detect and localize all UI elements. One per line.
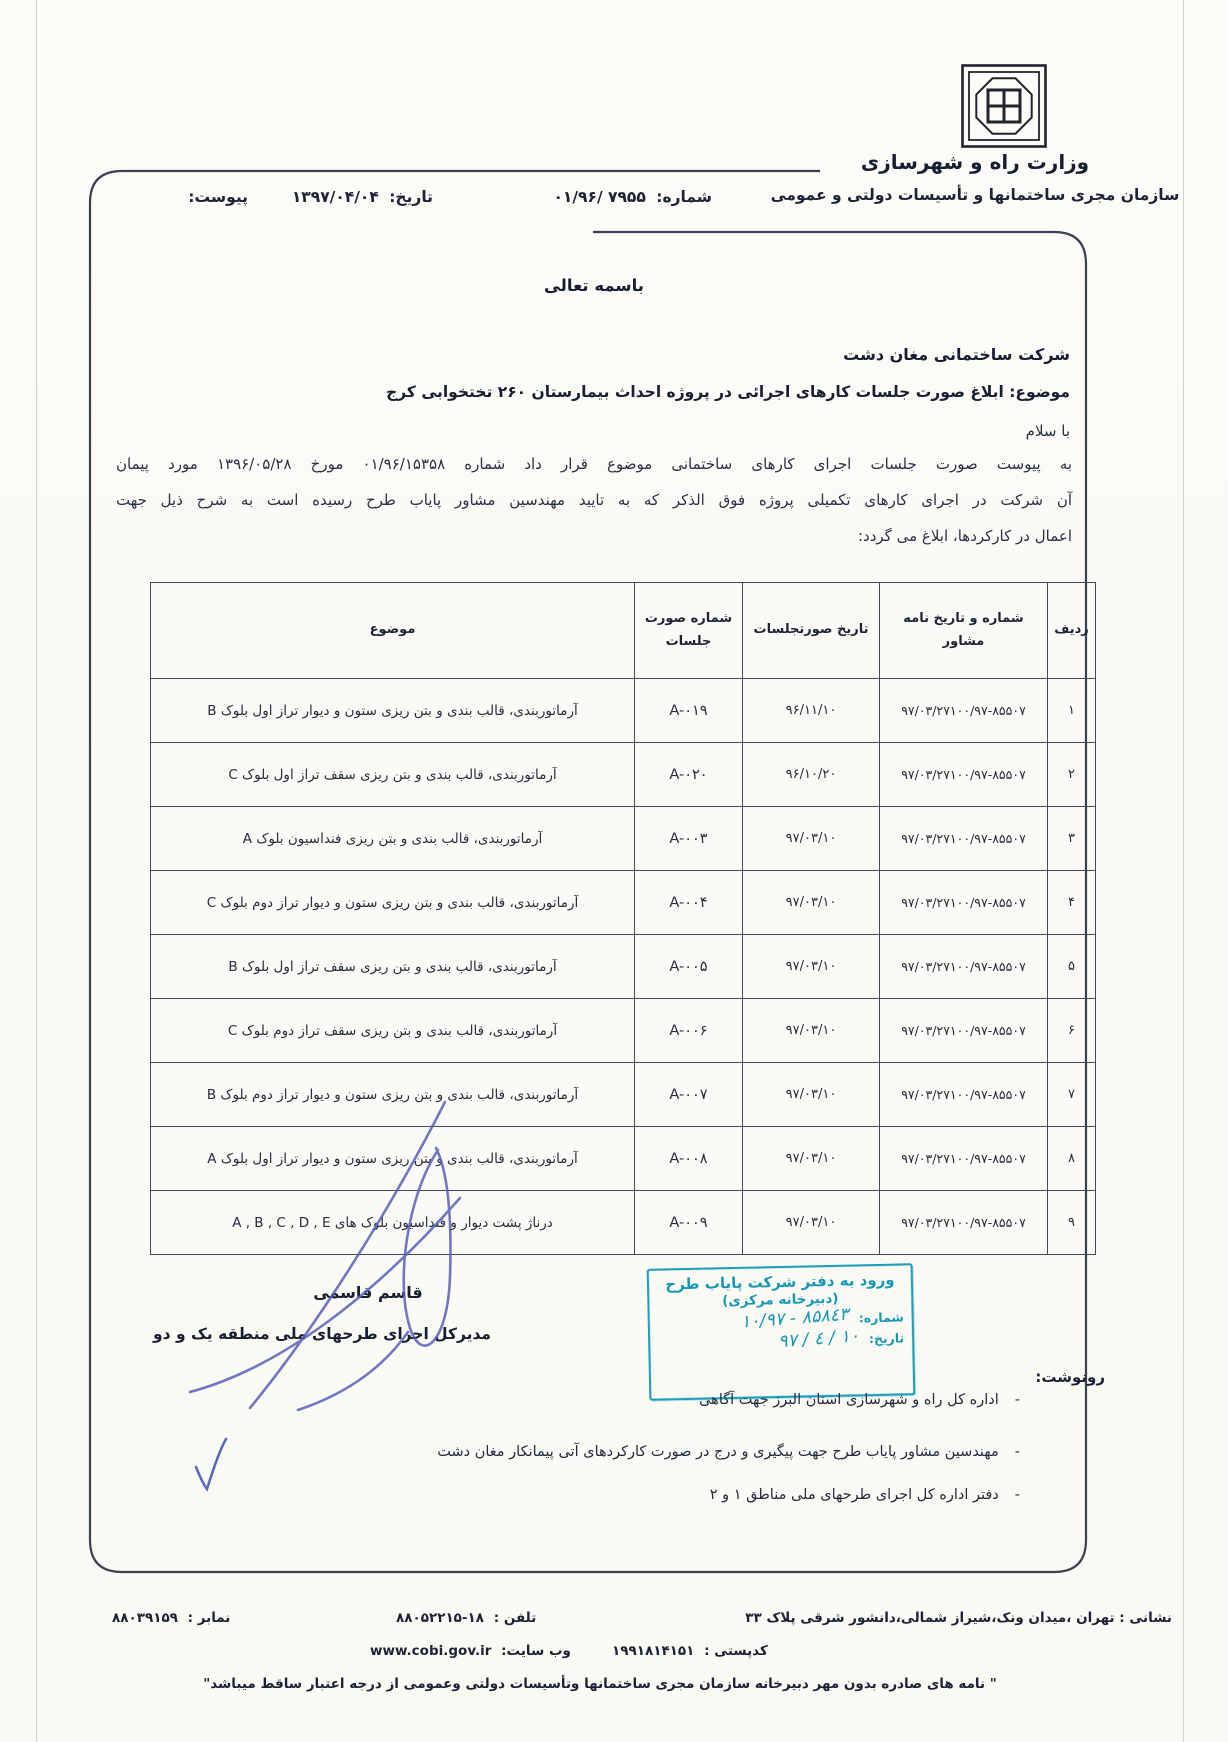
subject-cell: آرماتوربندی، قالب بندی و بتن ریزی سقف تر… (151, 935, 635, 999)
cc-bullet: - (1015, 1444, 1020, 1460)
footer-postal-code: کدپستی : ۱۹۹۱۸۱۴۱۵۱ (612, 1643, 768, 1659)
minutes-date-cell: ۹۶/۱۰/۲۰ (743, 743, 880, 807)
minutes-number-cell: A-۰۰۸ (635, 1127, 743, 1191)
table-row: ۳ ۱۰۰/۹۷-۸۵۵۰۷۹۷/۰۳/۲۷ ۹۷/۰۳/۱۰ A-۰۰۳ آر… (151, 807, 1096, 871)
table-row: ۶ ۱۰۰/۹۷-۸۵۵۰۷۹۷/۰۳/۲۷ ۹۷/۰۳/۱۰ A-۰۰۶ آر… (151, 999, 1096, 1063)
minutes-number-cell: A-۰۰۹ (635, 1191, 743, 1255)
col-header-row-number: ردیف (1048, 583, 1096, 679)
footer-fax: نمابر : ۸۸۰۳۹۱۵۹ (112, 1610, 230, 1626)
ministry-name: وزارت راه و شهرسازی (775, 150, 1175, 174)
col-header-subject: موضوع (151, 583, 635, 679)
table-row: ۵ ۱۰۰/۹۷-۸۵۵۰۷۹۷/۰۳/۲۷ ۹۷/۰۳/۱۰ A-۰۰۵ آر… (151, 935, 1096, 999)
minutes-date-cell: ۹۷/۰۳/۱۰ (743, 1063, 880, 1127)
footer-website-label: وب سایت: (501, 1643, 571, 1659)
cc-item: -اداره کل راه و شهرسازی استان البرز جهت … (118, 1392, 1020, 1408)
footer-website-value: www.cobi.gov.ir (370, 1643, 491, 1659)
minutes-number-cell: A-۰۱۹ (635, 679, 743, 743)
basmala-heading: باسمه تعالی (118, 276, 1070, 295)
letter-attachment-label: پیوست: (188, 188, 248, 206)
minutes-date-cell: ۹۷/۰۳/۱۰ (743, 807, 880, 871)
footer-address: نشانی : تهران ،میدان ونک،شیراز شمالی،دان… (745, 1610, 1172, 1626)
consultant-letter-cell: ۱۰۰/۹۷-۸۵۵۰۷۹۷/۰۳/۲۷ (880, 743, 1048, 807)
row-number-cell: ۵ (1048, 935, 1096, 999)
cc-item: -دفتر اداره کل اجرای طرحهای ملی مناطق ۱ … (118, 1487, 1020, 1503)
recipient-line: شرکت ساختمانی مغان دشت (118, 345, 1070, 364)
minutes-date-cell: ۹۷/۰۳/۱۰ (743, 999, 880, 1063)
ministry-emblem-icon (961, 64, 1047, 148)
letter-date-label: تاریخ: (389, 188, 433, 206)
body-line-1: به پیوست صورت جلسات اجرای کارهای ساختمان… (116, 455, 1102, 473)
minutes-date-cell: ۹۶/۱۱/۱۰ (743, 679, 880, 743)
salutation-line: با سلام (118, 422, 1070, 440)
table-header-row: ردیف شماره و تاریخ نامه مشاور تاریخ صورت… (151, 583, 1096, 679)
received-stamp: ورود به دفتر شرکت پایاب طرح (دبیرخانه مر… (647, 1263, 916, 1401)
consultant-letter-cell: ۱۰۰/۹۷-۸۵۵۰۷۹۷/۰۳/۲۷ (880, 1191, 1048, 1255)
table-row: ۲ ۱۰۰/۹۷-۸۵۵۰۷۹۷/۰۳/۲۷ ۹۶/۱۰/۲۰ A-۰۲۰ آر… (151, 743, 1096, 807)
letter-number-value: ۰۱/۹۶/ ۷۹۵۵ (553, 188, 645, 206)
minutes-number-cell: A-۰۰۴ (635, 871, 743, 935)
subject-cell: آرماتوربندی، قالب بندی و بتن ریزی ستون و… (151, 679, 635, 743)
subject-cell: آرماتوربندی، قالب بندی و بتن ریزی سقف تر… (151, 999, 635, 1063)
footer-phone-value: ۸۸۰۵۲۲۱۵-۱۸ (396, 1610, 484, 1626)
minutes-number-cell: A-۰۰۳ (635, 807, 743, 871)
minutes-date-cell: ۹۷/۰۳/۱۰ (743, 871, 880, 935)
footer-disclaimer: " نامه های صادره بدون مهر دبیرخانه سازما… (40, 1676, 1160, 1692)
footer-postal-value: ۱۹۹۱۸۱۴۱۵۱ (612, 1643, 694, 1659)
col-header-minutes-number: شماره صورت جلسات (635, 583, 743, 679)
footer-phone-label: تلفن : (494, 1610, 537, 1626)
cc-bullet: - (1015, 1487, 1020, 1503)
row-number-cell: ۶ (1048, 999, 1096, 1063)
col-header-minutes-date: تاریخ صورتجلسات (743, 583, 880, 679)
footer-phone: تلفن : ۸۸۰۵۲۲۱۵-۱۸ (396, 1610, 536, 1626)
minutes-date-cell: ۹۷/۰۳/۱۰ (743, 1127, 880, 1191)
cc-bullet: - (1015, 1392, 1020, 1408)
cc-label: رونوشت: (1035, 1368, 1105, 1386)
table-row: ۱ ۱۰۰/۹۷-۸۵۵۰۷۹۷/۰۳/۲۷ ۹۶/۱۱/۱۰ A-۰۱۹ آر… (151, 679, 1096, 743)
letter-date-value: ۱۳۹۷/۰۴/۰۴ (292, 188, 379, 206)
col-header-consultant-letter: شماره و تاریخ نامه مشاور (880, 583, 1048, 679)
minutes-number-cell: A-۰۰۵ (635, 935, 743, 999)
stamp-number-label: شماره: (859, 1309, 904, 1325)
footer-fax-label: نمابر : (188, 1610, 231, 1626)
body-line-3: اعمال در کارکردها، ابلاغ می گردد: (116, 527, 1072, 545)
minutes-number-cell: A-۰۲۰ (635, 743, 743, 807)
row-number-cell: ۷ (1048, 1063, 1096, 1127)
consultant-letter-cell: ۱۰۰/۹۷-۸۵۵۰۷۹۷/۰۳/۲۷ (880, 1063, 1048, 1127)
table-row: ۴ ۱۰۰/۹۷-۸۵۵۰۷۹۷/۰۳/۲۷ ۹۷/۰۳/۱۰ A-۰۰۴ آر… (151, 871, 1096, 935)
letter-date-field: تاریخ: ۱۳۹۷/۰۴/۰۴ (283, 188, 433, 206)
letter-attachment-field: پیوست: (168, 188, 248, 206)
scanned-letter-page: وزارت راه و شهرسازی سازمان مجری ساختمانه… (0, 0, 1228, 1742)
minutes-date-cell: ۹۷/۰۳/۱۰ (743, 1191, 880, 1255)
consultant-letter-cell: ۱۰۰/۹۷-۸۵۵۰۷۹۷/۰۳/۲۷ (880, 999, 1048, 1063)
consultant-letter-cell: ۱۰۰/۹۷-۸۵۵۰۷۹۷/۰۳/۲۷ (880, 1127, 1048, 1191)
footer-website: وب سایت: www.cobi.gov.ir (370, 1643, 571, 1659)
footer-postal-label: کدپستی : (704, 1643, 768, 1659)
subject-cell: آرماتوربندی، قالب بندی و بتن ریزی سقف تر… (151, 743, 635, 807)
letter-number-field: شماره: ۰۱/۹۶/ ۷۹۵۵ (497, 188, 712, 206)
stamp-date-label: تاریخ: (869, 1330, 905, 1346)
row-number-cell: ۲ (1048, 743, 1096, 807)
stamp-date-row: تاریخ: ۹۷ / ٤ / ۱۰ (658, 1327, 904, 1352)
consultant-letter-cell: ۱۰۰/۹۷-۸۵۵۰۷۹۷/۰۳/۲۷ (880, 935, 1048, 999)
minutes-date-cell: ۹۷/۰۳/۱۰ (743, 935, 880, 999)
row-number-cell: ۹ (1048, 1191, 1096, 1255)
signature-scribble (140, 1080, 560, 1470)
row-number-cell: ۴ (1048, 871, 1096, 935)
footer-fax-value: ۸۸۰۳۹۱۵۹ (112, 1610, 178, 1626)
consultant-letter-cell: ۱۰۰/۹۷-۸۵۵۰۷۹۷/۰۳/۲۷ (880, 807, 1048, 871)
consultant-letter-cell: ۱۰۰/۹۷-۸۵۵۰۷۹۷/۰۳/۲۷ (880, 871, 1048, 935)
subject-cell: آرماتوربندی، قالب بندی و بتن ریزی فنداسی… (151, 807, 635, 871)
minutes-number-cell: A-۰۰۶ (635, 999, 743, 1063)
body-line-2: آن شرکت در اجرای کارهای تکمیلی پروژه فوق… (116, 491, 1072, 509)
organization-name: سازمان مجری ساختمانها و تأسیسات دولتی و … (745, 186, 1205, 204)
cc-item: -مهندسین مشاور پایاب طرح جهت پیگیری و در… (118, 1444, 1020, 1460)
row-number-cell: ۳ (1048, 807, 1096, 871)
subject-cell: آرماتوربندی، قالب بندی و بتن ریزی ستون و… (151, 871, 635, 935)
approval-checkmark (192, 1437, 228, 1493)
stamp-date-handwritten: ۹۷ / ٤ / ۱۰ (777, 1326, 859, 1352)
row-number-cell: ۱ (1048, 679, 1096, 743)
minutes-number-cell: A-۰۰۷ (635, 1063, 743, 1127)
row-number-cell: ۸ (1048, 1127, 1096, 1191)
subject-line: موضوع: ابلاغ صورت جلسات کارهای اجرائی در… (118, 383, 1070, 401)
consultant-letter-cell: ۱۰۰/۹۷-۸۵۵۰۷۹۷/۰۳/۲۷ (880, 679, 1048, 743)
letter-number-label: شماره: (656, 188, 712, 206)
